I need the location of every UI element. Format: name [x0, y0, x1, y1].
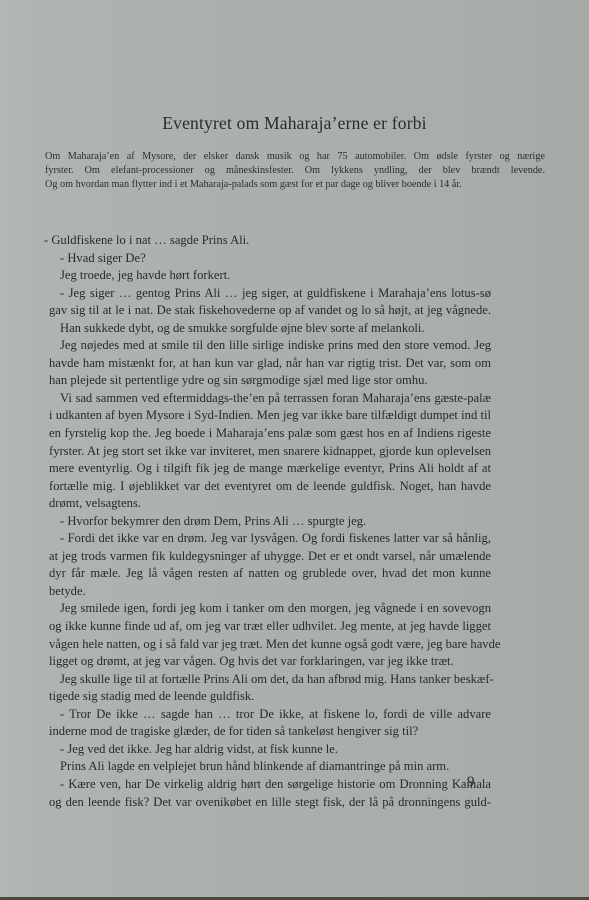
- chapter-subtitle: Om Maharaja’en af Mysore, der elsker dan…: [45, 150, 545, 192]
- book-page: Eventyret om Maharaja’erne er forbi Om M…: [0, 0, 589, 897]
- body-line: dyr får mæle. Jeg lå vågen resten af nat…: [49, 565, 491, 583]
- subtitle-line: Om Maharaja’en af Mysore, der elsker dan…: [45, 150, 545, 164]
- body-line: - Guldfiskene lo i nat … sagde Prins Ali…: [44, 232, 491, 250]
- body-line: Prins Ali lagde en velplejet brun hånd b…: [49, 758, 491, 776]
- page-number: 9: [467, 774, 475, 791]
- body-line: Jeg troede, jeg havde hørt forkert.: [49, 267, 491, 285]
- body-line: havde ham mistænkt for, at han kun var g…: [49, 355, 491, 373]
- body-line: betyde.: [49, 583, 491, 601]
- body-line: i udkanten af byen Mysore i Syd-Indien. …: [49, 407, 491, 425]
- body-line: fortælle mig. I øjeblikket var det event…: [49, 478, 491, 496]
- body-line: inderne mod de tragiske glæder, de for t…: [49, 723, 491, 741]
- body-line: - Tror De ikke … sagde han … tror De ikk…: [49, 706, 491, 724]
- body-line: tigede sig stadig med de leende guldfisk…: [49, 688, 491, 706]
- body-line: - Jeg siger … gentog Prins Ali … jeg sig…: [49, 285, 491, 303]
- body-line: - Hvad siger De?: [49, 250, 491, 268]
- body-line: gav sig til at le i nat. De stak fiskeho…: [49, 302, 491, 320]
- body-text: - Guldfiskene lo i nat … sagde Prins Ali…: [49, 232, 491, 811]
- body-line: - Jeg ved det ikke. Jeg har aldrig vidst…: [49, 741, 491, 759]
- body-line: ligget og drømt, at jeg var vågen. Og hv…: [49, 653, 491, 671]
- chapter-title: Eventyret om Maharaja’erne er forbi: [0, 113, 589, 134]
- body-line: og den leende fisk? Det var ovenikøbet e…: [49, 794, 491, 812]
- body-line: Jeg nøjedes med at smile til den lille s…: [49, 337, 491, 355]
- body-line: fyrster. At jeg stort set ikke var invit…: [49, 443, 491, 461]
- body-line: drømt, velsagtens.: [49, 495, 491, 513]
- subtitle-line: fyrster. Om elefant-processioner og måne…: [45, 164, 545, 178]
- body-line: Jeg smilede igen, fordi jeg kom i tanker…: [49, 600, 491, 618]
- subtitle-line: Og om hvordan man flytter ind i et Mahar…: [45, 178, 545, 192]
- body-line: Han sukkede dybt, og de smukke sorgfulde…: [49, 320, 491, 338]
- body-line: - Fordi det ikke var en drøm. Jeg var ly…: [49, 530, 491, 548]
- body-line: Jeg skulle lige til at fortælle Prins Al…: [49, 671, 491, 689]
- body-line: - Hvorfor bekymrer den drøm Dem, Prins A…: [49, 513, 491, 531]
- body-line: at jeg trods varmen fik kuldegysninger a…: [49, 548, 491, 566]
- body-line: - Kære ven, har De virkelig aldrig hørt …: [49, 776, 491, 794]
- body-line: mere eventyrlig. Og i tilgift fik jeg de…: [49, 460, 491, 478]
- body-line: Vi sad sammen ved eftermiddags-the’en på…: [49, 390, 491, 408]
- body-line: han plejede sit pertentlige ydre og sin …: [49, 372, 491, 390]
- body-line: en fyrstelig kop the. Jeg boede i Mahara…: [49, 425, 491, 443]
- body-line: og ikke kunne finde ud af, om jeg var tr…: [49, 618, 491, 636]
- body-line: vågen hele natten, og i så fald var jeg …: [49, 636, 491, 654]
